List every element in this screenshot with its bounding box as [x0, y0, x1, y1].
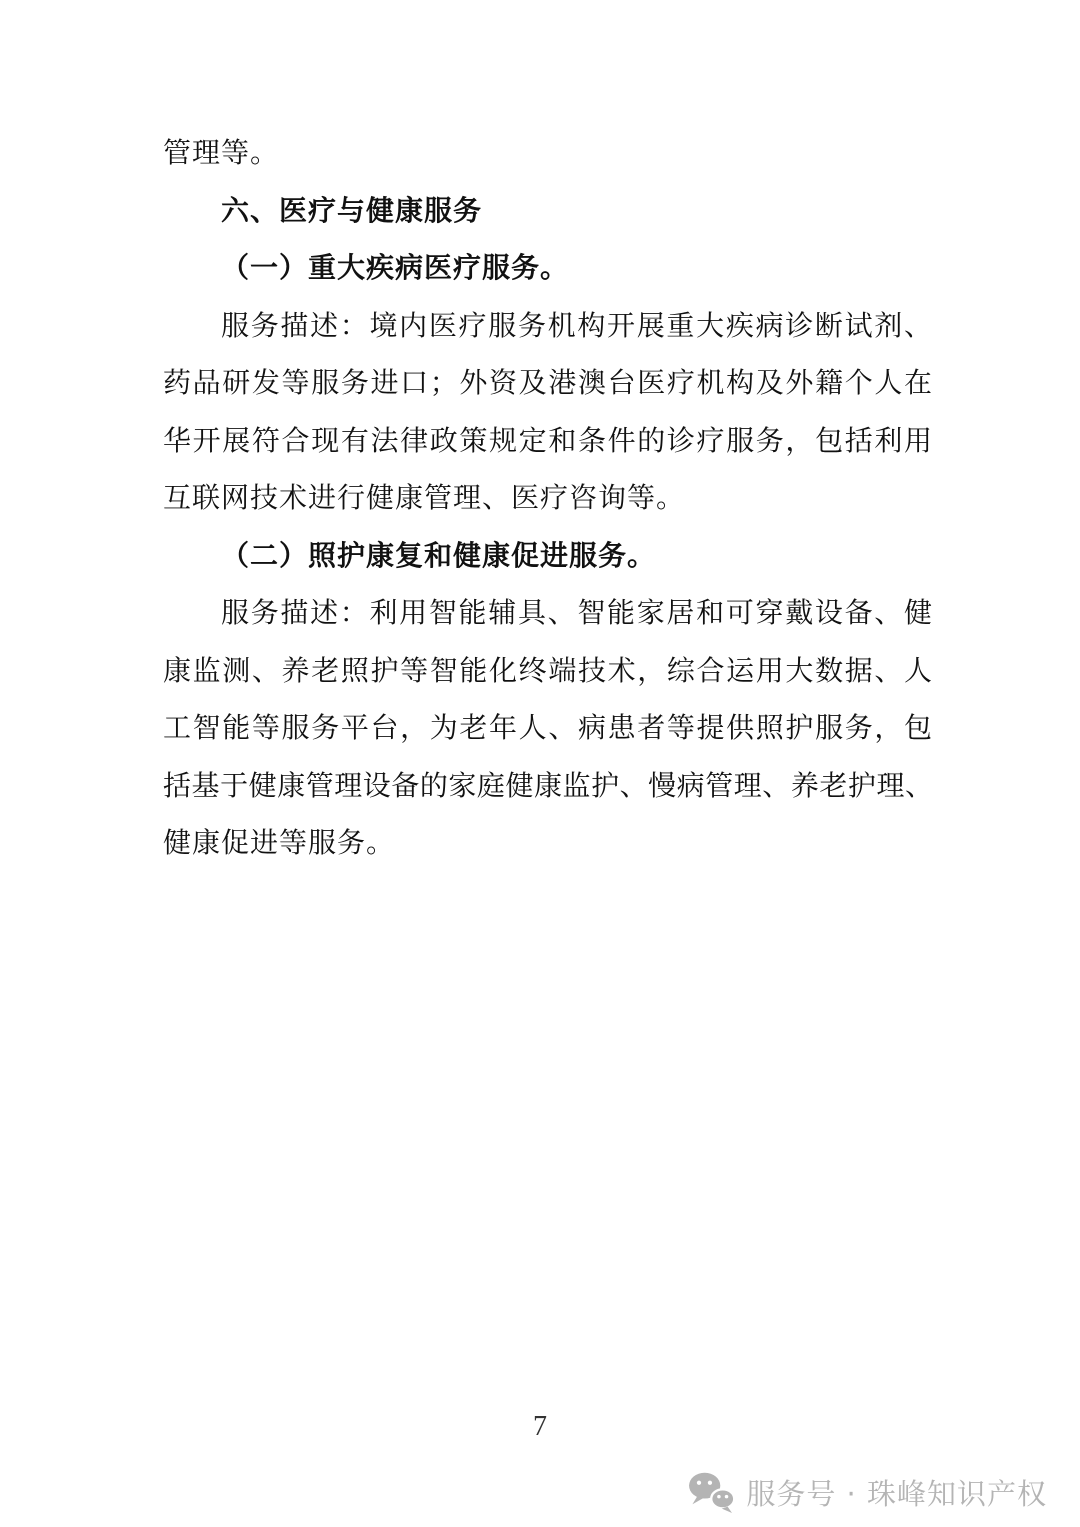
- paragraph-line: 服务描述：利用智能辅具、智能家居和可穿戴设备、健: [163, 585, 933, 643]
- paragraph-line: 康监测、养老照护等智能化终端技术，综合运用大数据、人: [163, 643, 933, 701]
- document-page: 管理等。 六、医疗与健康服务 （一）重大疾病医疗服务。 服务描述：境内医疗服务机…: [0, 0, 1080, 1527]
- page-number: 7: [0, 1407, 1080, 1447]
- paragraph-continuation-line: 管理等。: [163, 125, 933, 183]
- section-heading: 六、医疗与健康服务: [163, 183, 933, 241]
- footer-watermark: 服务号 · 珠峰知识产权: [688, 1461, 1047, 1523]
- paragraph-line: 健康促进等服务。: [163, 815, 933, 873]
- paragraph-line: 华开展符合现有法律政策规定和条件的诊疗服务，包括利用: [163, 413, 933, 471]
- document-body: 管理等。 六、医疗与健康服务 （一）重大疾病医疗服务。 服务描述：境内医疗服务机…: [163, 125, 933, 873]
- paragraph-line: 互联网技术进行健康管理、医疗咨询等。: [163, 470, 933, 528]
- subsection-1-heading: （一）重大疾病医疗服务。: [163, 240, 933, 298]
- paragraph-line: 括基于健康管理设备的家庭健康监护、慢病管理、养老护理、: [163, 758, 933, 816]
- paragraph-line: 药品研发等服务进口；外资及港澳台医疗机构及外籍个人在: [163, 355, 933, 413]
- paragraph-line: 工智能等服务平台，为老年人、病患者等提供照护服务，包: [163, 700, 933, 758]
- paragraph-line: 服务描述：境内医疗服务机构开展重大疾病诊断试剂、: [163, 298, 933, 356]
- wechat-icon: [688, 1472, 735, 1513]
- watermark-label: 服务号 · 珠峰知识产权: [746, 1472, 1047, 1513]
- subsection-2-heading: （二）照护康复和健康促进服务。: [163, 528, 933, 586]
